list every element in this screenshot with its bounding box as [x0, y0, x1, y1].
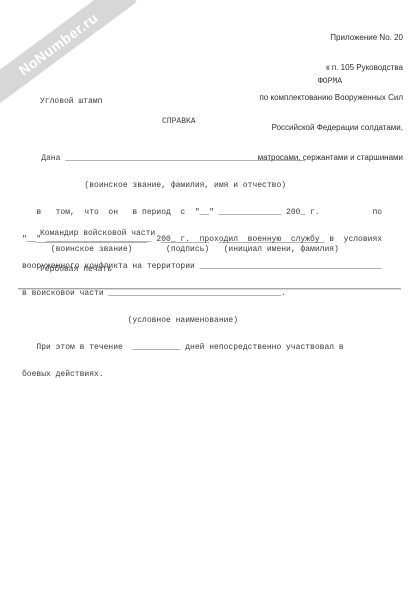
form-line-name-caption: (воинское звание, фамилия, имя и отчеств…: [22, 181, 382, 190]
form-line-period-start: в том, что он в период с "__" __________…: [22, 208, 382, 217]
form-label: ФОРМА: [318, 77, 342, 86]
form-line-days-participated: При этом в течение __________ дней непос…: [22, 343, 382, 352]
signature-captions: (воинское звание) (подпись) (инициал име…: [22, 245, 339, 254]
watermark-band: NoNumber.ru: [0, 0, 137, 107]
appendix-header-line: Приложение No. 20: [258, 33, 403, 43]
form-line-combat-actions: боевых действиях.: [22, 370, 382, 379]
appendix-header-line: по комплектованию Вооруженных Сил: [258, 93, 403, 103]
corner-stamp-note: Угловой штамп: [40, 97, 102, 106]
bottom-divider: [18, 288, 401, 290]
document-page: NoNumber.ru Приложение No. 20 к п. 105 Р…: [0, 0, 420, 600]
form-line-military-unit: в войсковой части ______________________…: [22, 289, 382, 298]
official-seal-note: Гербовая печать: [40, 265, 112, 274]
signature-blank-lines: _______________________ __________ _____…: [22, 236, 324, 245]
page-title: СПРАВКА: [162, 117, 196, 126]
appendix-header-line: к п. 105 Руководства: [258, 63, 403, 73]
form-line-given-to: Дана ___________________________________…: [22, 154, 382, 163]
form-line-unit-caption: (условное наименование): [22, 316, 382, 325]
watermark-text: NoNumber.ru: [15, 9, 100, 78]
appendix-header-line: Российской Федерации солдатами,: [258, 123, 403, 133]
